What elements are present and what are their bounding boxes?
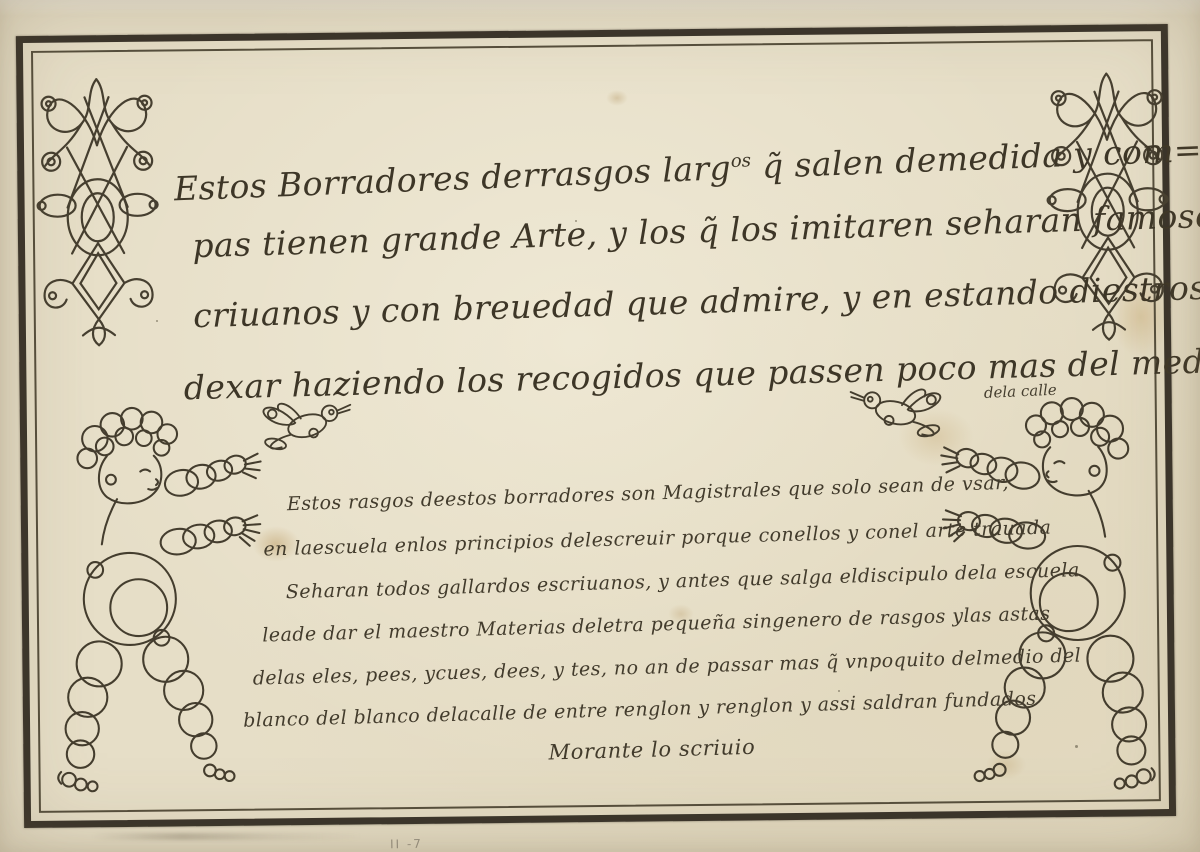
putto-right-figure (928, 386, 1172, 800)
corner-flourish-top-left-icon (26, 57, 169, 348)
main-text-line-1-superscript: os (730, 150, 751, 172)
engraving-sheet: { "document": { "kind": "engraved callig… (0, 0, 1200, 852)
caption-dela-calle: dela calle (984, 381, 1058, 402)
engraved-plate: Estos Borradores derrasgos largos q̃ sal… (0, 0, 1200, 852)
putto-left-figure (38, 391, 277, 805)
margin-plate-number: II -7 (390, 837, 423, 852)
margin-pencil-smudge (92, 833, 362, 840)
